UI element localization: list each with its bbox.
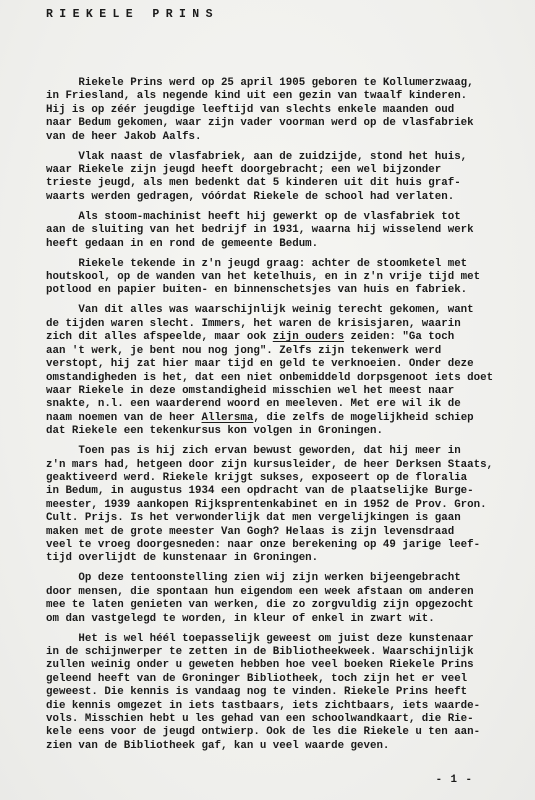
text-line: Van dit alles was waarschijnlijk weinig …: [46, 304, 528, 317]
text-line: heeft gedaan in en rond de gemeente Bedu…: [46, 238, 528, 251]
text-line: geaktiveerd werd. Riekele krijgt sukses,…: [46, 472, 528, 485]
text-line: z'n mars had, hetgeen door zijn kursusle…: [46, 459, 528, 472]
text-line: kele eens voor de jeugd ontwierp. Ook de…: [46, 726, 528, 739]
document-body: Riekele Prins werd op 25 april 1905 gebo…: [46, 77, 528, 760]
text-line: Hij is op zéér jeugdige leeftijd van sle…: [46, 104, 528, 117]
text-line: aan de sluiting van het bedrijf in 1931,…: [46, 224, 528, 237]
text-line: Het is wel héél toepasselijk geweest om …: [46, 633, 528, 646]
text-line: verstopt, hij zat hier maar tijd en geld…: [46, 358, 528, 371]
text-line: meester, 1939 aankopen Rijksprentenkabin…: [46, 499, 528, 512]
text-line: waar Riekele zijn jeugd heeft doorgebrac…: [46, 164, 528, 177]
text-line: Toen pas is hij zich ervan bewust geword…: [46, 445, 528, 458]
text-line: tijd overlijdt de kunstenaar in Groninge…: [46, 552, 528, 565]
text-line: om dan vastgelegd te worden, in kleur of…: [46, 613, 528, 626]
text-line: in de schijnwerper te zetten in de Bibli…: [46, 646, 528, 659]
text-line: Cult. Prijs. Is het verwonderlijk dat me…: [46, 512, 528, 525]
text-line: zullen weinig onder u geweten hebben hoe…: [46, 659, 528, 672]
text-line: vols. Misschien hebt u les gehad van een…: [46, 713, 528, 726]
text-line: maken met de grote meester Van Gogh? Hel…: [46, 526, 528, 539]
text-line: Riekele tekende in z'n jeugd graag: acht…: [46, 258, 528, 271]
text-line: Vlak naast de vlasfabriek, aan de zuidzi…: [46, 151, 528, 164]
text-line: trieste jeugd, als men bedenkt dat 5 kin…: [46, 177, 528, 190]
paragraph: Als stoom-machinist heeft hij gewerkt op…: [46, 211, 528, 251]
text-line: snakte, n.l. een waarderend woord en mee…: [46, 398, 528, 411]
text-line: van de heer Jakob Aalfs.: [46, 131, 528, 144]
underlined-text: zijn ouders: [273, 331, 344, 343]
text-line: door mensen, die spontaan hun eigendom e…: [46, 586, 528, 599]
text-line: geweest. Die kennis is vandaag nog te vi…: [46, 686, 528, 699]
text-line: omstandigheden is het, dat een niet onbe…: [46, 372, 528, 385]
text-line: Riekele Prins werd op 25 april 1905 gebo…: [46, 77, 528, 90]
text-line: Als stoom-machinist heeft hij gewerkt op…: [46, 211, 528, 224]
text-line: waar Riekele in deze omstandigheid missc…: [46, 385, 528, 398]
text-line: potlood en papier buiten- en binnenschet…: [46, 284, 528, 297]
underlined-text: Allersma: [202, 412, 254, 424]
paragraph: Riekele Prins werd op 25 april 1905 gebo…: [46, 77, 528, 144]
paragraph: Op deze tentoonstelling zien wij zijn we…: [46, 572, 528, 626]
text-line: dat Riekele een tekenkursus kon volgen i…: [46, 425, 528, 438]
paragraph: Van dit alles was waarschijnlijk weinig …: [46, 304, 528, 438]
paragraph: Vlak naast de vlasfabriek, aan de zuidzi…: [46, 151, 528, 205]
document-title: RIEKELE PRINS: [46, 8, 219, 21]
paragraph: Het is wel héél toepasselijk geweest om …: [46, 633, 528, 754]
text-line: houtskool, op de wanden van het ketelhui…: [46, 271, 528, 284]
text-line: veel te vroeg doorgesneden: naar onze be…: [46, 539, 528, 552]
text-line: zien van de Bibliotheek gaf, kan u veel …: [46, 740, 528, 753]
text-line: in Bedum, in augustus 1934 een opdracht …: [46, 485, 528, 498]
text-line: de tijden waren slecht. Immers, het ware…: [46, 318, 528, 331]
text-line: waarts werden gedragen, vóórdat Riekele …: [46, 191, 528, 204]
text-line: zich dit alles afspeelde, maar ook zijn …: [46, 331, 528, 344]
text-line: geleend heeft van de Groninger Bibliothe…: [46, 673, 528, 686]
paragraph: Riekele tekende in z'n jeugd graag: acht…: [46, 258, 528, 298]
document-page: RIEKELE PRINS Riekele Prins werd op 25 a…: [0, 0, 535, 800]
text-line: naam noemen van de heer Allersma, die ze…: [46, 412, 528, 425]
page-number: - 1 -: [436, 774, 473, 786]
text-line: aan 't werk, je bent nou nog jong". Zelf…: [46, 345, 528, 358]
text-line: die kennis omgezet in iets tastbaars, ie…: [46, 700, 528, 713]
text-line: naar Bedum gekomen, waar zijn vader voor…: [46, 117, 528, 130]
text-line: Op deze tentoonstelling zien wij zijn we…: [46, 572, 528, 585]
text-line: in Friesland, als negende kind uit een g…: [46, 90, 528, 103]
paragraph: Toen pas is hij zich ervan bewust geword…: [46, 445, 528, 566]
text-line: mee te laten genieten van werken, die zo…: [46, 599, 528, 612]
